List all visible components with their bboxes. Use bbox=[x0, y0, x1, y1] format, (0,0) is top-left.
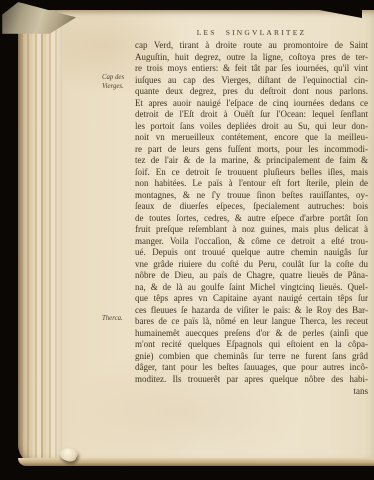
book-page: LES SINGVLARITEZ Cap des Vierges. Therca… bbox=[18, 10, 374, 466]
body-line: dâger, tant pour les beſtes ſauuages, qu… bbox=[135, 362, 368, 374]
body-line: ces fleuues ſe hazarda de viſiter le paï… bbox=[135, 305, 368, 317]
body-line: bares de ce païs là, nômé en leur langue… bbox=[135, 316, 368, 328]
body-line: re part de leurs gens fuſſent morts, pou… bbox=[135, 144, 368, 156]
body-line: Auguſtin, huit degrez, outre la ligne, c… bbox=[135, 52, 368, 64]
body-line: les portoit ſans voiles depliées droit a… bbox=[135, 121, 368, 133]
body-line: tez de l'air & de la marine, & principal… bbox=[135, 155, 368, 167]
margin-note-cap-des-vierges: Cap des Vierges. bbox=[102, 74, 135, 91]
body-line: montagnes, & ne ſ'y trouue ſinon beſtes … bbox=[135, 190, 368, 202]
running-header: LES SINGVLARITEZ bbox=[135, 28, 368, 37]
body-line: non habitées. Le païs à l'entour eſt for… bbox=[135, 178, 368, 190]
body-line: iuſques au cap des Vierges, diſtant de l… bbox=[135, 75, 368, 87]
margin-note-therca: Therca. bbox=[102, 315, 135, 324]
body-line: gnie) combien que cheminâs ſur terre ne … bbox=[135, 351, 368, 363]
body-line: de toutes ſortes, cedres, & autre eſpece… bbox=[135, 213, 368, 225]
green-object bbox=[328, 465, 366, 480]
body-line: fruit preſque reſemblant à noz guines, m… bbox=[135, 224, 368, 236]
body-line: detroit de l'Eſt droit à Ouëſt ſur l'Oce… bbox=[135, 109, 368, 121]
body-line: re trois moys entiers: & feit tât par ſe… bbox=[135, 63, 368, 75]
body-line: moditez. Ils trouuerêt par apres quelque… bbox=[135, 374, 368, 386]
body-line: cap Verd, tirant à droite route au promo… bbox=[135, 40, 368, 52]
body-line: Et apres auoir nauigé l'eſpace de cinq i… bbox=[135, 98, 368, 110]
body-line: ué. Depuis ont trouué quelque autre chem… bbox=[135, 247, 368, 259]
margin-note-line: Therca. bbox=[102, 315, 135, 324]
catchword: tans bbox=[135, 386, 368, 396]
body-line: quante deux degrez, pres du deſtroit don… bbox=[135, 86, 368, 98]
body-line: ſeaux de diuerſes eſpeces, ſpecialement … bbox=[135, 201, 368, 213]
body-line: humainemêt auecques preſens d'or & de pe… bbox=[135, 328, 368, 340]
body-line: manger. Voila l'occaſion, & côme ce detr… bbox=[135, 236, 368, 248]
book-fore-edge bbox=[18, 10, 62, 466]
photo-backdrop: LES SINGVLARITEZ Cap des Vierges. Therca… bbox=[0, 0, 374, 480]
body-line: na, & de là au goulfe ſaint Michel vingt… bbox=[135, 282, 368, 294]
body-line: que têps apres vn Capitaine ayant nauigé… bbox=[135, 293, 368, 305]
body-text: cap Verd, tirant à droite route au promo… bbox=[135, 40, 368, 385]
body-line: noit vn merueilleux contétement, encore … bbox=[135, 132, 368, 144]
margin-note-line: Vierges. bbox=[102, 83, 135, 92]
body-line: vne grâde riuiere du coſté du Peru, coul… bbox=[135, 259, 368, 271]
body-line: nôbre de Dieu, au païs de Chagre, quatre… bbox=[135, 270, 368, 282]
body-line: m'ont recité quelques Eſpagnols qui eſto… bbox=[135, 339, 368, 351]
margin-note-line: Cap des bbox=[102, 74, 135, 83]
body-line: ſoif. En ce detroit ſe trouuent pluſieur… bbox=[135, 167, 368, 179]
